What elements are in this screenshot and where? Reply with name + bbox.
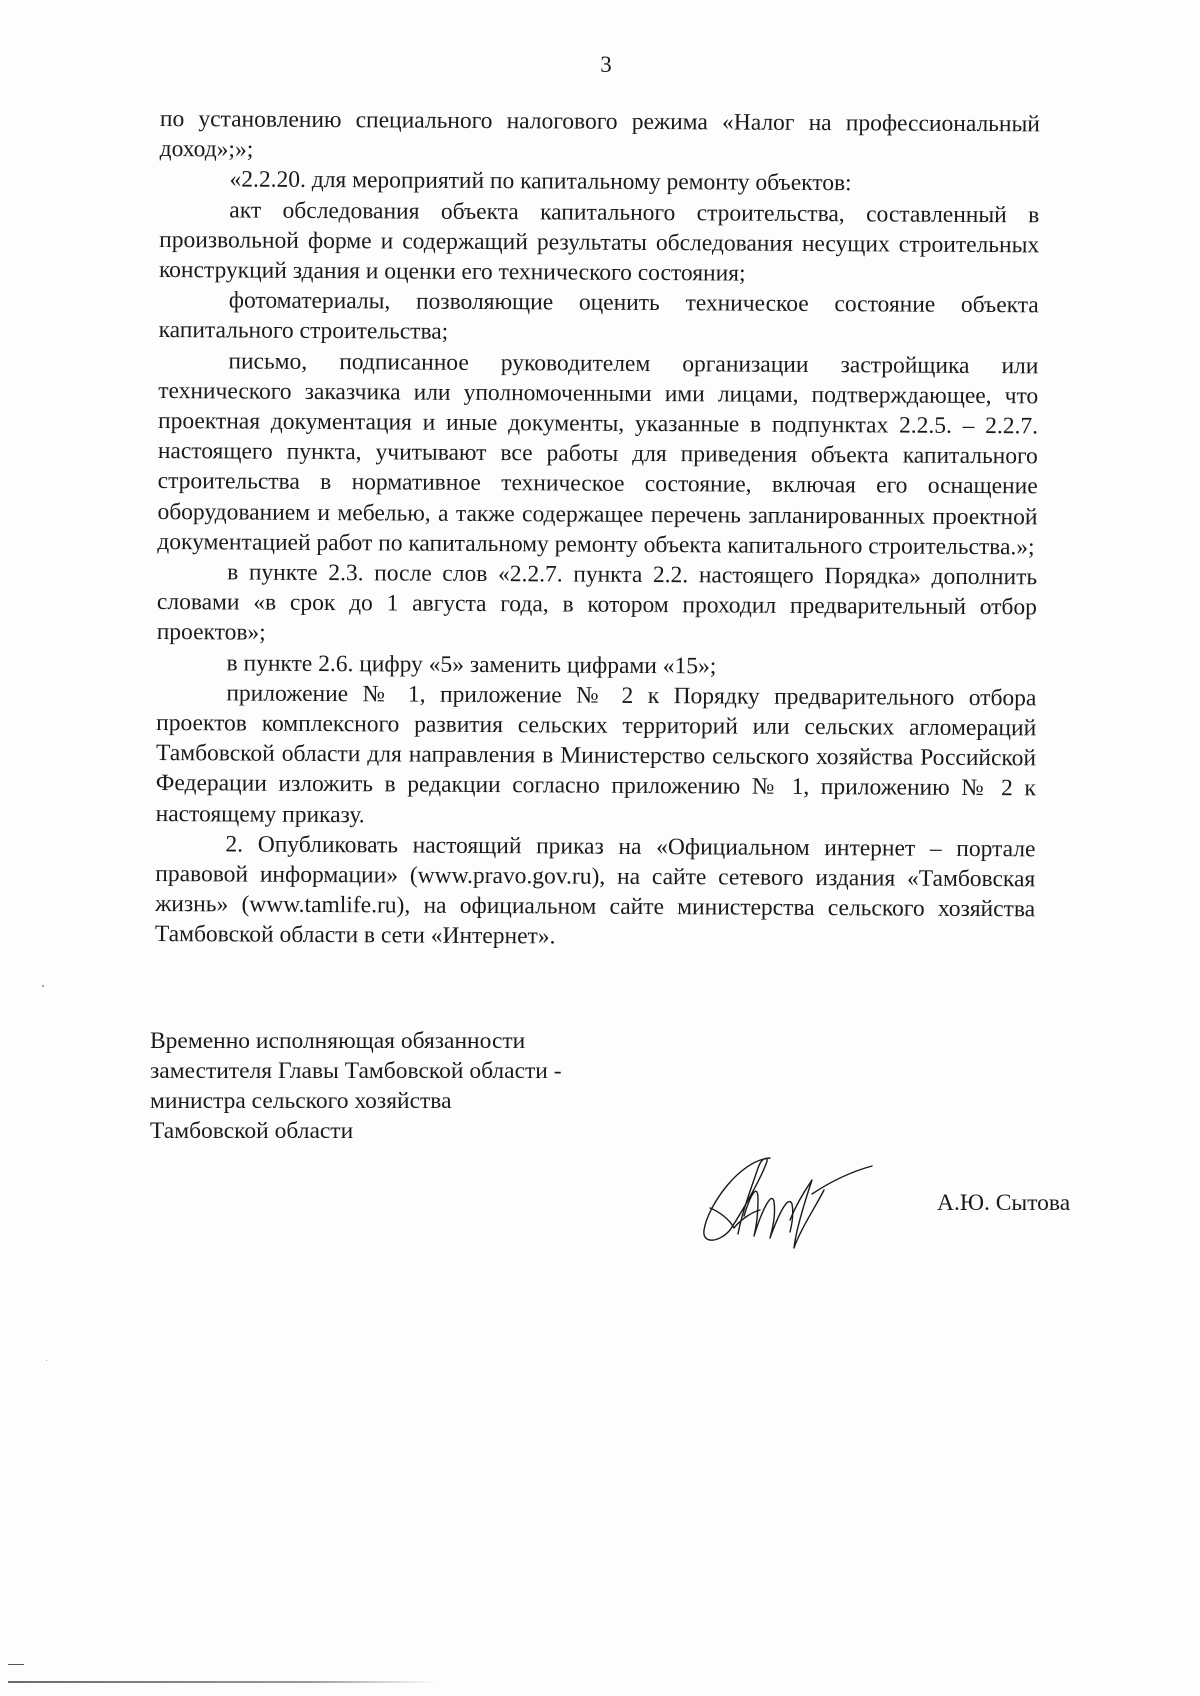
paragraph-letter: письмо, подписанное руководителем органи… xyxy=(157,346,1038,563)
signature-block: Временно исполняющая обязанности замести… xyxy=(150,1026,562,1146)
paragraph-inspection-act: акт обследования объекта капитального ст… xyxy=(159,195,1040,291)
document-body: по установлению специального налогового … xyxy=(155,104,1040,955)
paragraph-photo-materials: фотоматериалы, позволяющие оценить техни… xyxy=(159,285,1039,351)
signer-position-line: Временно исполняющая обязанности xyxy=(150,1026,562,1056)
paragraph-appendices: приложение № 1, приложение № 2 к Порядку… xyxy=(156,678,1037,834)
paragraph-item-2-2-20: «2.2.20. для мероприятий по капитальному… xyxy=(159,164,1039,200)
scan-edge-mark xyxy=(8,1664,24,1665)
paragraph-item-2-3: в пункте 2.3. после слов «2.2.7. пункта … xyxy=(157,557,1038,653)
signer-position-line: министра сельского хозяйства xyxy=(150,1086,562,1116)
scan-speck xyxy=(46,1360,47,1361)
signer-position-line: Тамбовской области xyxy=(150,1116,562,1146)
signer-name: А.Ю. Сытова xyxy=(937,1190,1070,1217)
page-number: 3 xyxy=(0,52,1200,78)
scan-edge-line xyxy=(8,1681,438,1683)
paragraph-publish: 2. Опубликовать настоящий приказ на «Офи… xyxy=(155,829,1036,955)
handwritten-signature-icon xyxy=(700,1150,880,1250)
signer-position-line: заместителя Главы Тамбовской области - xyxy=(150,1056,562,1086)
scan-speck xyxy=(42,985,44,987)
paragraph-continuation: по установлению специального налогового … xyxy=(160,104,1040,170)
